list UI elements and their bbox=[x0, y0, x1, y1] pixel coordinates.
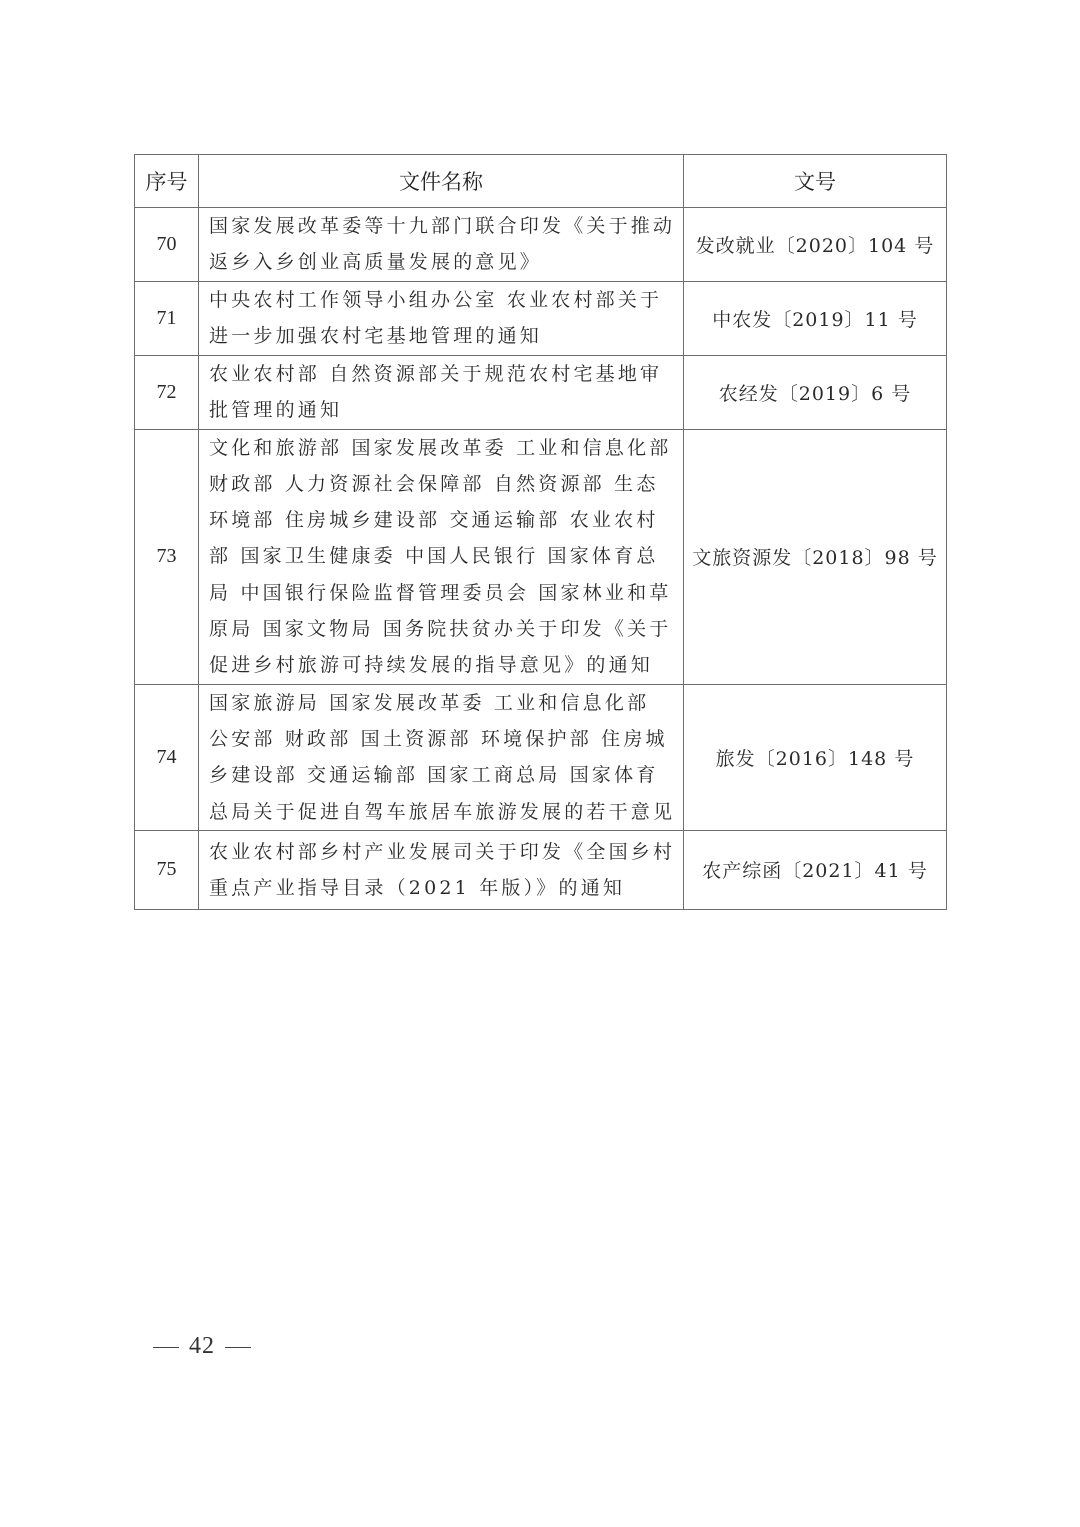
table-row: 75农业农村部乡村产业发展司关于印发《全国乡村重点产业指导目录（2021 年版）… bbox=[135, 830, 947, 909]
dash-left bbox=[153, 1347, 179, 1349]
row-document-code: 农产综函〔2021〕41 号 bbox=[684, 830, 947, 909]
row-document-code: 中农发〔2019〕11 号 bbox=[684, 281, 947, 355]
table-row: 70国家发展改革委等十九部门联合印发《关于推动返乡入乡创业高质量发展的意见》发改… bbox=[135, 208, 947, 282]
row-document-name: 农业农村部 自然资源部关于规范农村宅基地审批管理的通知 bbox=[199, 355, 684, 429]
header-serial-number: 序号 bbox=[135, 155, 199, 208]
header-document-name: 文件名称 bbox=[199, 155, 684, 208]
row-document-code: 农经发〔2019〕6 号 bbox=[684, 355, 947, 429]
table-row: 71中央农村工作领导小组办公室 农业农村部关于进一步加强农村宅基地管理的通知中农… bbox=[135, 281, 947, 355]
row-document-code: 文旅资源发〔2018〕98 号 bbox=[684, 429, 947, 684]
row-document-name: 文化和旅游部 国家发展改革委 工业和信息化部 财政部 人力资源社会保障部 自然资… bbox=[199, 429, 684, 684]
table-row: 73文化和旅游部 国家发展改革委 工业和信息化部 财政部 人力资源社会保障部 自… bbox=[135, 429, 947, 684]
row-serial-number: 73 bbox=[135, 429, 199, 684]
row-document-name: 中央农村工作领导小组办公室 农业农村部关于进一步加强农村宅基地管理的通知 bbox=[199, 281, 684, 355]
page-number: 42 bbox=[189, 1333, 215, 1359]
row-document-name: 国家发展改革委等十九部门联合印发《关于推动返乡入乡创业高质量发展的意见》 bbox=[199, 208, 684, 282]
row-serial-number: 74 bbox=[135, 684, 199, 830]
dash-right bbox=[225, 1347, 251, 1349]
row-document-name: 农业农村部乡村产业发展司关于印发《全国乡村重点产业指导目录（2021 年版）》的… bbox=[199, 830, 684, 909]
row-document-code: 旅发〔2016〕148 号 bbox=[684, 684, 947, 830]
row-serial-number: 71 bbox=[135, 281, 199, 355]
row-document-name: 国家旅游局 国家发展改革委 工业和信息化部 公安部 财政部 国土资源部 环境保护… bbox=[199, 684, 684, 830]
header-document-code: 文号 bbox=[684, 155, 947, 208]
table-header-row: 序号 文件名称 文号 bbox=[135, 155, 947, 208]
row-document-code: 发改就业〔2020〕104 号 bbox=[684, 208, 947, 282]
row-serial-number: 72 bbox=[135, 355, 199, 429]
document-list-table: 序号 文件名称 文号 70国家发展改革委等十九部门联合印发《关于推动返乡入乡创业… bbox=[134, 154, 947, 910]
table-row: 72农业农村部 自然资源部关于规范农村宅基地审批管理的通知农经发〔2019〕6 … bbox=[135, 355, 947, 429]
table-row: 74国家旅游局 国家发展改革委 工业和信息化部 公安部 财政部 国土资源部 环境… bbox=[135, 684, 947, 830]
row-serial-number: 75 bbox=[135, 830, 199, 909]
page-number-footer: 42 bbox=[143, 1333, 261, 1360]
row-serial-number: 70 bbox=[135, 208, 199, 282]
